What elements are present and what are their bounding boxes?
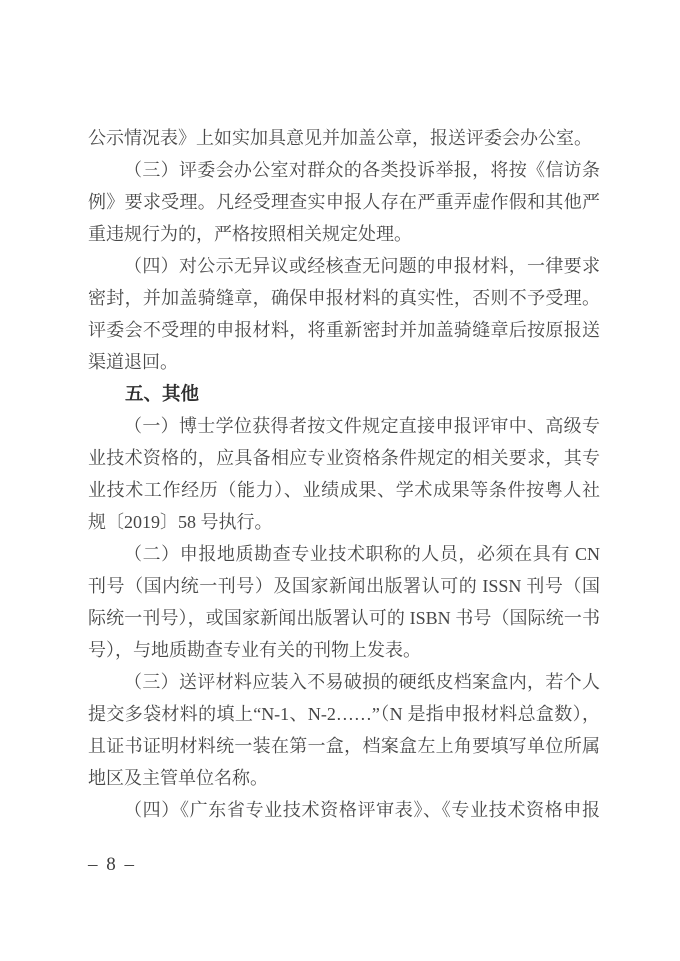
text-line: （四）《广东省专业技术资格评审表》、《专业技术资格申报 <box>88 794 600 826</box>
text-line: 重违规行为的，严格按照相关规定处理。 <box>88 218 600 250</box>
text-line: 公示情况表》上如实加具意见并加盖公章，报送评委会办公室。 <box>88 122 600 154</box>
text-line: （二）申报地质勘查专业技术职称的人员，必须在具有 CN <box>88 538 600 570</box>
text-line: 提交多袋材料的填上“N-1、N-2……”（N 是指申报材料总盒数）， <box>88 698 600 730</box>
text-line: （三）评委会办公室对群众的各类投诉举报，将按《信访条 <box>88 154 600 186</box>
text-line: 业技术工作经历（能力）、业绩成果、学术成果等条件按粤人社 <box>88 474 600 506</box>
text-line: 渠道退回。 <box>88 346 600 378</box>
document-body: 公示情况表》上如实加具意见并加盖公章，报送评委会办公室。（三）评委会办公室对群众… <box>88 122 600 826</box>
text-line: （一）博士学位获得者按文件规定直接申报评审中、高级专 <box>88 410 600 442</box>
text-line: 业技术资格的，应具备相应专业资格条件规定的相关要求，其专 <box>88 442 600 474</box>
text-line: 号），与地质勘查专业有关的刊物上发表。 <box>88 634 600 666</box>
text-line: （四）对公示无异议或经核查无问题的申报材料，一律要求 <box>88 250 600 282</box>
page: 公示情况表》上如实加具意见并加盖公章，报送评委会办公室。（三）评委会办公室对群众… <box>0 0 680 961</box>
text-line: 刊号（国内统一刊号）及国家新闻出版署认可的 ISSN 刊号（国 <box>88 570 600 602</box>
text-line: 际统一刊号），或国家新闻出版署认可的 ISBN 书号（国际统一书 <box>88 602 600 634</box>
text-line: 评委会不受理的申报材料，将重新密封并加盖骑缝章后按原报送 <box>88 314 600 346</box>
text-line: （三）送评材料应装入不易破损的硬纸皮档案盒内，若个人 <box>88 666 600 698</box>
text-line: 且证书证明材料统一装在第一盒，档案盒左上角要填写单位所属 <box>88 730 600 762</box>
page-number: – 8 – <box>88 854 136 875</box>
text-line: 密封，并加盖骑缝章，确保申报材料的真实性，否则不予受理。 <box>88 282 600 314</box>
text-line: 规〔2019〕58 号执行。 <box>88 506 600 538</box>
text-line: 地区及主管单位名称。 <box>88 762 600 794</box>
page-footer: – 8 – <box>88 849 136 881</box>
section-heading: 五、其他 <box>88 378 600 410</box>
text-line: 例》要求受理。凡经受理查实申报人存在严重弄虚作假和其他严 <box>88 186 600 218</box>
